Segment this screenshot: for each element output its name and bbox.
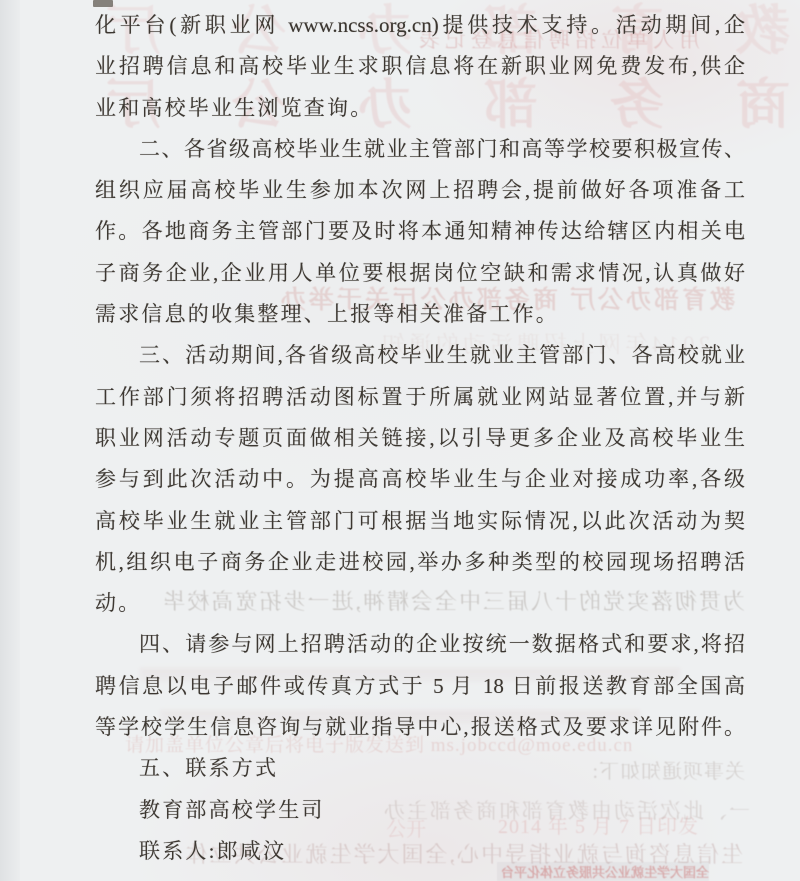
document-line: 子商务企业,企业用人单位要根据岗位空缺和需求情况,认真做好: [95, 253, 745, 294]
contact-person-line: 联系人:郎咸汶: [95, 831, 745, 872]
document-line: 化平台(新职业网 www.ncss.org.cn)提供技术支持。活动期间,企: [95, 5, 745, 46]
document-line-section-5: 五、联系方式: [95, 748, 745, 789]
document-line: 聘信息以电子邮件或传真方式于 5 月 18 日前报送教育部全国高: [95, 666, 745, 707]
document-line: 需求信息的收集整理、上报等相关准备工作。: [95, 294, 745, 335]
contact-department-line: 教育部高校学生司: [95, 790, 745, 831]
document-line: 组织应届高校毕业生参加本次网上招聘会,提前做好各项准备工: [95, 170, 745, 211]
document-line: 参与到此次活动中。为提高高校毕业生与企业对接成功率,各级: [95, 459, 745, 500]
document-body: 化平台(新职业网 www.ncss.org.cn)提供技术支持。活动期间,企 业…: [95, 5, 745, 872]
document-line: 动。: [95, 583, 745, 624]
document-line: 业招聘信息和高校毕业生求职信息将在新职业网免费发布,供企: [95, 46, 745, 87]
document-line: 高校毕业生就业主管部门可根据当地实际情况,以此次活动为契: [95, 501, 745, 542]
document-line: 等学校学生信息咨询与就业指导中心,报送格式及要求详见附件。: [95, 707, 745, 748]
document-line: 机,组织电子商务企业走进校园,举办多种类型的校园现场招聘活: [95, 542, 745, 583]
document-line-section-2: 二、各省级高校毕业生就业主管部门和高等学校要积极宣传、: [95, 129, 745, 170]
document-line: 作。各地商务主管部门要及时将本通知精神传达给辖区内相关电: [95, 211, 745, 252]
document-line: 业和高校毕业生浏览查询。: [95, 88, 745, 129]
document-line-section-3: 三、活动期间,各省级高校毕业生就业主管部门、各高校就业: [95, 335, 745, 376]
document-line: 工作部门须将招聘活动图标置于所属就业网站显著位置,并与新: [95, 377, 745, 418]
document-line-section-4: 四、请参与网上招聘活动的企业按统一数据格式和要求,将招: [95, 624, 745, 665]
document-line: 职业网活动专题页面做相关链接,以引导更多企业及高校毕业生: [95, 418, 745, 459]
scanned-document-page: { "page": { "kind": "scanned official no…: [0, 0, 800, 881]
